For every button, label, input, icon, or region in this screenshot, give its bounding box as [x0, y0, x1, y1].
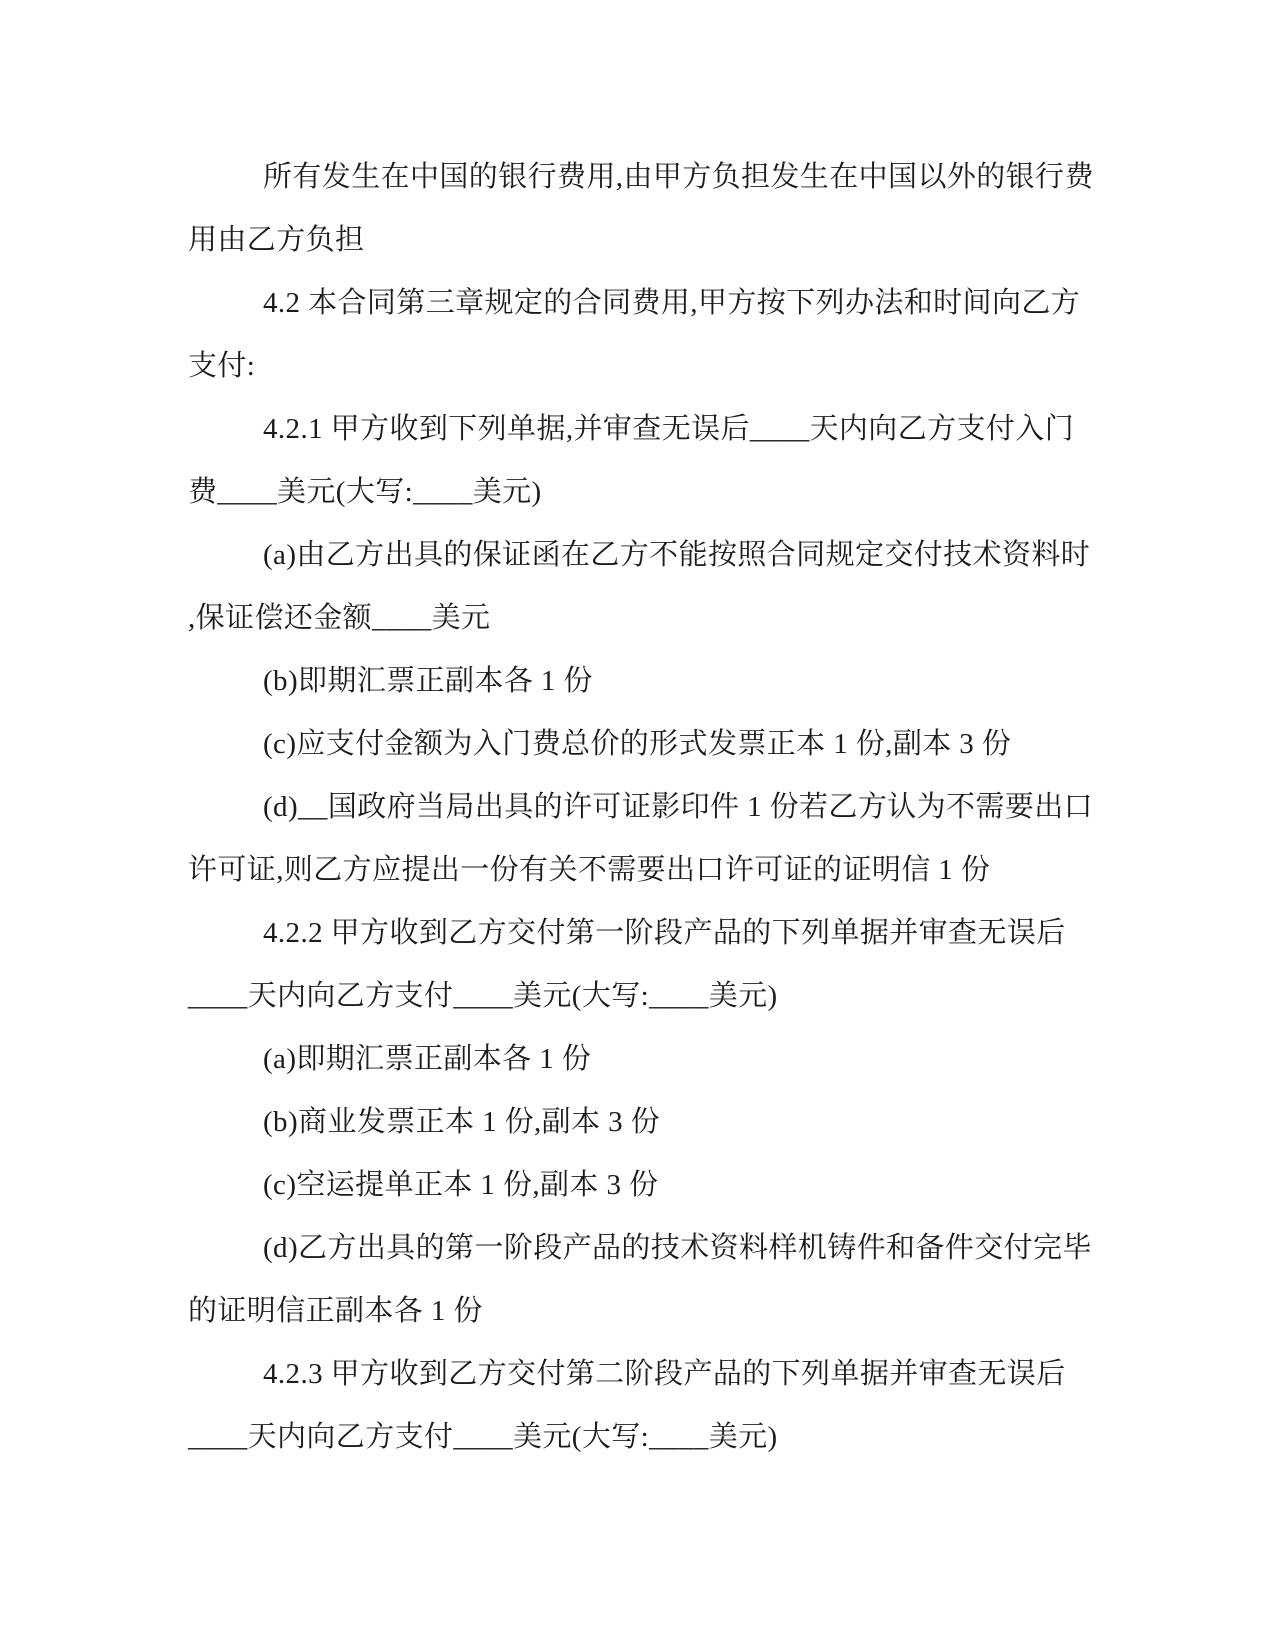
paragraph-13-first-line: 4.2.3 甲方收到乙方交付第二阶段产品的下列单据并审查无误后: [188, 1343, 1093, 1406]
paragraph-6-first-line: (c)应支付金额为入门费总价的形式发票正本 1 份,副本 3 份: [188, 713, 1093, 776]
contract-text-body: 所有发生在中国的银行费用,由甲方负担发生在中国以外的银行费用由乙方负担4.2 本…: [188, 146, 1093, 1469]
paragraph-9-first-line: (a)即期汇票正副本各 1 份: [188, 1028, 1093, 1091]
paragraph-7-first-line: (d)__国政府当局出具的许可证影印件 1 份若乙方认为不需要出口: [188, 776, 1093, 839]
paragraph-3-wrap-line: 费____美元(大写:____美元): [188, 461, 1093, 524]
paragraph-1-wrap-line: 用由乙方负担: [188, 209, 1093, 272]
paragraph-7-wrap-line: 许可证,则乙方应提出一份有关不需要出口许可证的证明信 1 份: [188, 839, 1093, 902]
paragraph-1-first-line: 所有发生在中国的银行费用,由甲方负担发生在中国以外的银行费: [188, 146, 1093, 209]
paragraph-13-wrap-line: ____天内向乙方支付____美元(大写:____美元): [188, 1406, 1093, 1469]
document-page: 所有发生在中国的银行费用,由甲方负担发生在中国以外的银行费用由乙方负担4.2 本…: [0, 0, 1275, 1650]
paragraph-12-wrap-line: 的证明信正副本各 1 份: [188, 1280, 1093, 1343]
paragraph-11-first-line: (c)空运提单正本 1 份,副本 3 份: [188, 1154, 1093, 1217]
paragraph-2-wrap-line: 支付:: [188, 335, 1093, 398]
paragraph-10-first-line: (b)商业发票正本 1 份,副本 3 份: [188, 1091, 1093, 1154]
paragraph-2-first-line: 4.2 本合同第三章规定的合同费用,甲方按下列办法和时间向乙方: [188, 272, 1093, 335]
paragraph-3-first-line: 4.2.1 甲方收到下列单据,并审查无误后____天内向乙方支付入门: [188, 398, 1093, 461]
paragraph-8-wrap-line: ____天内向乙方支付____美元(大写:____美元): [188, 965, 1093, 1028]
paragraph-12-first-line: (d)乙方出具的第一阶段产品的技术资料样机铸件和备件交付完毕: [188, 1217, 1093, 1280]
paragraph-5-first-line: (b)即期汇票正副本各 1 份: [188, 650, 1093, 713]
paragraph-4-first-line: (a)由乙方出具的保证函在乙方不能按照合同规定交付技术资料时: [188, 524, 1093, 587]
paragraph-4-wrap-line: ,保证偿还金额____美元: [188, 587, 1093, 650]
paragraph-8-first-line: 4.2.2 甲方收到乙方交付第一阶段产品的下列单据并审查无误后: [188, 902, 1093, 965]
